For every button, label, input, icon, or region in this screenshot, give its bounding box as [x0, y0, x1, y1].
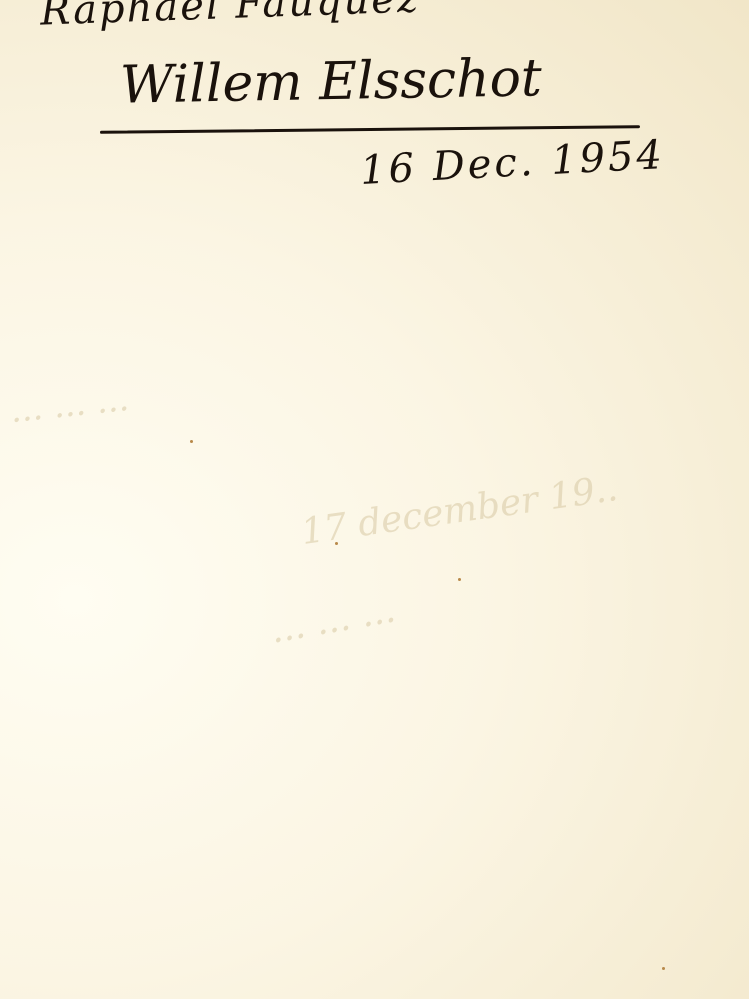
paper-speck — [458, 578, 461, 581]
faint-impression-line-2: 17 december 19.. — [299, 468, 621, 553]
faint-impression-line-3: ... ... ... — [267, 589, 398, 651]
signature: Willem Elsschot — [120, 48, 543, 115]
dedication-name: Raphael Fauquez — [39, 0, 420, 35]
paper-speck — [662, 967, 665, 970]
signature-underline — [100, 125, 640, 134]
faint-impression-line-1: ... ... ... — [8, 379, 130, 431]
signature-date: 16 Dec. 1954 — [359, 132, 666, 194]
paper-speck — [190, 440, 193, 443]
paper-speck — [335, 542, 338, 545]
